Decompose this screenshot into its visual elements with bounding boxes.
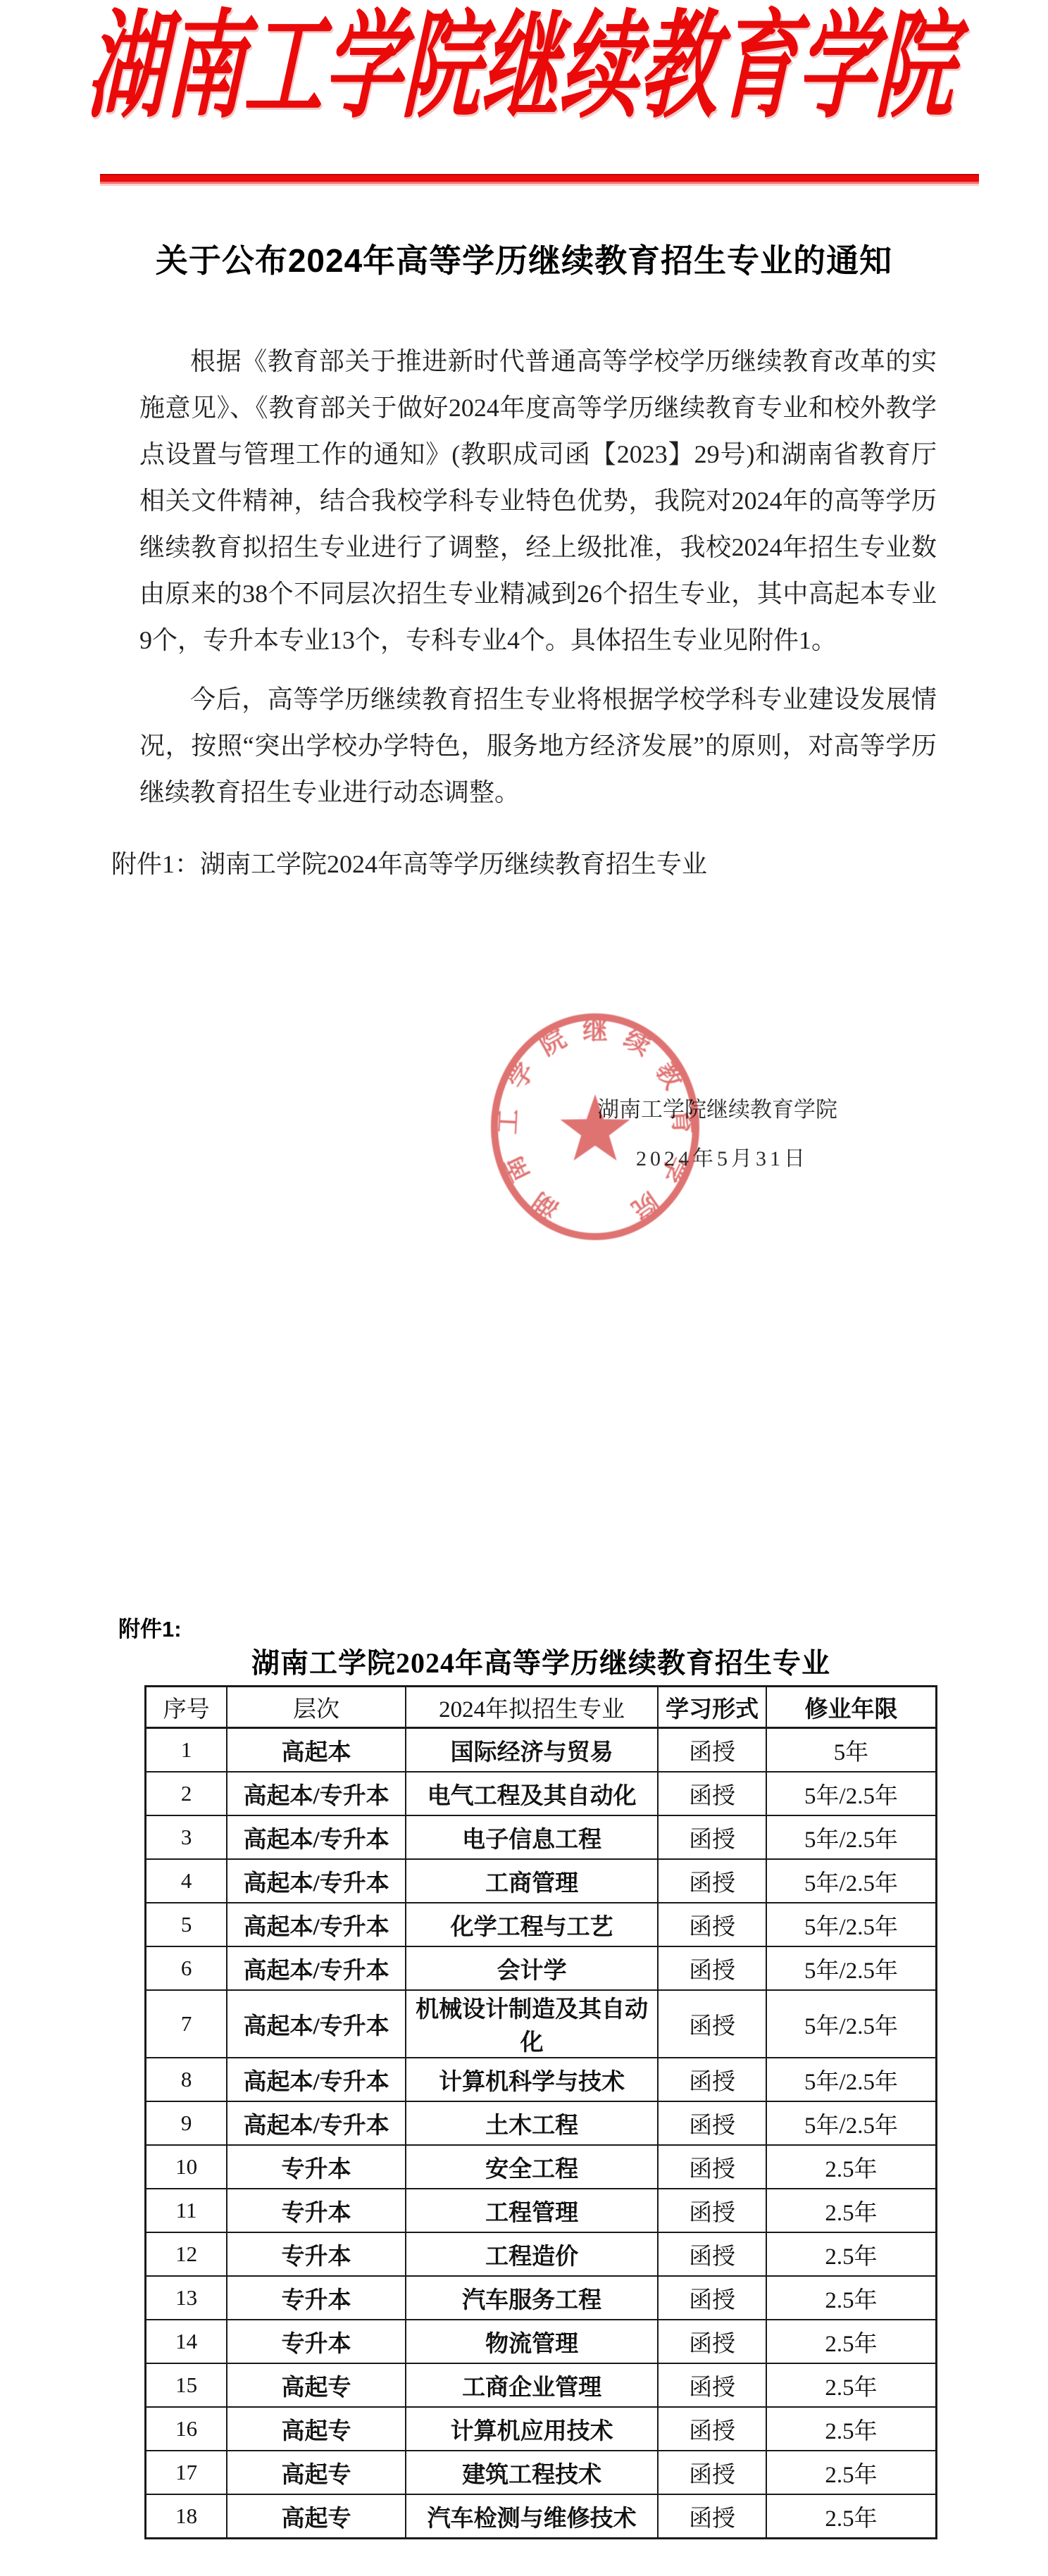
table-cell: 函授 bbox=[658, 2407, 766, 2451]
table-cell: 计算机科学与技术 bbox=[406, 2058, 658, 2101]
attachment-reference-line: 附件1：湖南工学院2024年高等学历继续教育招生专业 bbox=[111, 841, 940, 887]
table-cell: 5年/2.5年 bbox=[766, 1859, 936, 1903]
table-cell: 函授 bbox=[658, 2101, 766, 2145]
table-cell: 函授 bbox=[658, 1772, 766, 1815]
table-cell: 5 bbox=[146, 1903, 227, 1946]
table-cell: 专升本 bbox=[227, 2232, 406, 2276]
table-cell: 2.5年 bbox=[766, 2189, 936, 2232]
table-row: 14专升本物流管理函授2.5年 bbox=[146, 2320, 937, 2363]
paragraph-1: 根据《教育部关于推进新时代普通高等学校学历继续教育改革的实施意见》、《教育部关于… bbox=[111, 338, 940, 663]
table-cell: 高起专 bbox=[227, 2363, 406, 2407]
table-cell: 2.5年 bbox=[766, 2276, 936, 2320]
table-cell: 函授 bbox=[658, 2232, 766, 2276]
attachment-label: 附件1: bbox=[118, 1611, 182, 1643]
table-cell: 高起本/专升本 bbox=[227, 2058, 406, 2101]
table-row: 2高起本/专升本电气工程及其自动化函授5年/2.5年 bbox=[146, 1772, 937, 1815]
table-cell: 函授 bbox=[658, 2145, 766, 2189]
table-cell: 计算机应用技术 bbox=[406, 2407, 658, 2451]
svg-text:育: 育 bbox=[668, 1108, 697, 1135]
header-major: 2024年拟招生专业 bbox=[406, 1687, 658, 1728]
table-cell: 高起本/专升本 bbox=[227, 1903, 406, 1946]
table-cell: 机械设计制造及其自动化 bbox=[406, 1990, 658, 2058]
table-cell: 14 bbox=[146, 2320, 227, 2363]
table-cell: 13 bbox=[146, 2276, 227, 2320]
table-cell: 汽车服务工程 bbox=[406, 2276, 658, 2320]
table-cell: 电子信息工程 bbox=[406, 1815, 658, 1859]
table-cell: 函授 bbox=[658, 2320, 766, 2363]
svg-text:院: 院 bbox=[535, 1024, 571, 1061]
table-row: 13专升本汽车服务工程函授2.5年 bbox=[146, 2276, 937, 2320]
body-text: 根据《教育部关于推进新时代普通高等学校学历继续教育改革的实施意见》、《教育部关于… bbox=[111, 338, 940, 887]
table-cell: 函授 bbox=[658, 1728, 766, 1772]
table-cell: 函授 bbox=[658, 2494, 766, 2539]
table-cell: 专升本 bbox=[227, 2276, 406, 2320]
table-cell: 电气工程及其自动化 bbox=[406, 1772, 658, 1815]
table-cell: 5年/2.5年 bbox=[766, 2101, 936, 2145]
table-cell: 3 bbox=[146, 1815, 227, 1859]
table-cell: 物流管理 bbox=[406, 2320, 658, 2363]
table-cell: 高起本/专升本 bbox=[227, 1772, 406, 1815]
table-header-row: 序号 层次 2024年拟招生专业 学习形式 修业年限 bbox=[146, 1687, 937, 1728]
header-study-form: 学习形式 bbox=[658, 1687, 766, 1728]
table-cell: 函授 bbox=[658, 1990, 766, 2058]
table-cell: 专升本 bbox=[227, 2145, 406, 2189]
table-cell: 函授 bbox=[658, 2058, 766, 2101]
table-cell: 工程造价 bbox=[406, 2232, 658, 2276]
table-cell: 2.5年 bbox=[766, 2494, 936, 2539]
table-cell: 2 bbox=[146, 1772, 227, 1815]
table-cell: 7 bbox=[146, 1990, 227, 2058]
table-cell: 安全工程 bbox=[406, 2145, 658, 2189]
table-cell: 10 bbox=[146, 2145, 227, 2189]
table-row: 4高起本/专升本工商管理函授5年/2.5年 bbox=[146, 1859, 937, 1903]
svg-text:院: 院 bbox=[627, 1187, 663, 1224]
table-row: 18高起专汽车检测与维修技术函授2.5年 bbox=[146, 2494, 937, 2539]
table-cell: 8 bbox=[146, 2058, 227, 2101]
table-row: 10专升本安全工程函授2.5年 bbox=[146, 2145, 937, 2189]
table-cell: 国际经济与贸易 bbox=[406, 1728, 658, 1772]
table-row: 11专升本工程管理函授2.5年 bbox=[146, 2189, 937, 2232]
table-cell: 高起专 bbox=[227, 2494, 406, 2539]
table-row: 9高起本/专升本土木工程函授5年/2.5年 bbox=[146, 2101, 937, 2145]
table-row: 15高起专工商企业管理函授2.5年 bbox=[146, 2363, 937, 2407]
table-cell: 9 bbox=[146, 2101, 227, 2145]
table-cell: 函授 bbox=[658, 1859, 766, 1903]
table-cell: 函授 bbox=[658, 1903, 766, 1946]
table-cell: 汽车检测与维修技术 bbox=[406, 2494, 658, 2539]
table-cell: 5年/2.5年 bbox=[766, 1772, 936, 1815]
table-cell: 高起本/专升本 bbox=[227, 1859, 406, 1903]
table-cell: 函授 bbox=[658, 2189, 766, 2232]
table-cell: 5年 bbox=[766, 1728, 936, 1772]
table-cell: 18 bbox=[146, 2494, 227, 2539]
svg-text:继: 继 bbox=[582, 1016, 608, 1044]
table-cell: 5年/2.5年 bbox=[766, 1815, 936, 1859]
header-duration: 修业年限 bbox=[766, 1687, 936, 1728]
table-cell: 工商企业管理 bbox=[406, 2363, 658, 2407]
table-cell: 函授 bbox=[658, 1815, 766, 1859]
svg-text:工: 工 bbox=[494, 1108, 523, 1135]
table-cell: 2.5年 bbox=[766, 2363, 936, 2407]
table-cell: 1 bbox=[146, 1728, 227, 1772]
masthead-title: 湖南工学院继续教育学院 bbox=[0, 8, 1048, 125]
table-cell: 6 bbox=[146, 1946, 227, 1990]
table-row: 17高起专建筑工程技术函授2.5年 bbox=[146, 2451, 937, 2494]
notice-document: 湖南工学院继续教育学院 关于公布2024年高等学历继续教育招生专业的通知 根据《… bbox=[0, 0, 1048, 2576]
table-cell: 函授 bbox=[658, 2451, 766, 2494]
svg-text:湖: 湖 bbox=[527, 1187, 563, 1224]
table-cell: 函授 bbox=[658, 2276, 766, 2320]
table-cell: 15 bbox=[146, 2363, 227, 2407]
table-cell: 5年/2.5年 bbox=[766, 1903, 936, 1946]
svg-text:学: 学 bbox=[503, 1058, 540, 1094]
majors-table: 序号 层次 2024年拟招生专业 学习形式 修业年限 1高起本国际经济与贸易函授… bbox=[144, 1685, 937, 2539]
table-cell: 高起本/专升本 bbox=[227, 1946, 406, 1990]
table-cell: 高起专 bbox=[227, 2407, 406, 2451]
table-row: 7高起本/专升本机械设计制造及其自动化函授5年/2.5年 bbox=[146, 1990, 937, 2058]
table-cell: 高起专 bbox=[227, 2451, 406, 2494]
table-row: 6高起本/专升本会计学函授5年/2.5年 bbox=[146, 1946, 937, 1990]
table-cell: 2.5年 bbox=[766, 2145, 936, 2189]
table-cell: 函授 bbox=[658, 2363, 766, 2407]
header-level: 层次 bbox=[227, 1687, 406, 1728]
document-title: 关于公布2024年高等学历继续教育招生专业的通知 bbox=[0, 235, 1048, 282]
table-cell: 高起本/专升本 bbox=[227, 1815, 406, 1859]
table-row: 1高起本国际经济与贸易函授5年 bbox=[146, 1728, 937, 1772]
table-row: 16高起专计算机应用技术函授2.5年 bbox=[146, 2407, 937, 2451]
table-cell: 高起本/专升本 bbox=[227, 1990, 406, 2058]
table-cell: 12 bbox=[146, 2232, 227, 2276]
table-row: 12专升本工程造价函授2.5年 bbox=[146, 2232, 937, 2276]
table-cell: 化学工程与工艺 bbox=[406, 1903, 658, 1946]
table-cell: 5年/2.5年 bbox=[766, 2058, 936, 2101]
table-cell: 2.5年 bbox=[766, 2407, 936, 2451]
table-cell: 专升本 bbox=[227, 2189, 406, 2232]
header-index: 序号 bbox=[146, 1687, 227, 1728]
table-row: 3高起本/专升本电子信息工程函授5年/2.5年 bbox=[146, 1815, 937, 1859]
table-cell: 5年/2.5年 bbox=[766, 1990, 936, 2058]
table-cell: 16 bbox=[146, 2407, 227, 2451]
table-row: 5高起本/专升本化学工程与工艺函授5年/2.5年 bbox=[146, 1903, 937, 1946]
svg-text:续: 续 bbox=[620, 1024, 656, 1061]
table-cell: 17 bbox=[146, 2451, 227, 2494]
table-cell: 函授 bbox=[658, 1946, 766, 1990]
official-seal-stamp-icon: 湖南工学院继续教育学院 bbox=[488, 1012, 702, 1242]
svg-text:教: 教 bbox=[650, 1058, 688, 1095]
table-cell: 2.5年 bbox=[766, 2451, 936, 2494]
table-cell: 2.5年 bbox=[766, 2320, 936, 2363]
table-title: 湖南工学院2024年高等学历继续教育招生专业 bbox=[144, 1641, 937, 1681]
table-cell: 高起本/专升本 bbox=[227, 2101, 406, 2145]
table-cell: 工程管理 bbox=[406, 2189, 658, 2232]
red-divider-rule bbox=[100, 174, 979, 186]
table-cell: 5年/2.5年 bbox=[766, 1946, 936, 1990]
table-cell: 11 bbox=[146, 2189, 227, 2232]
table-cell: 建筑工程技术 bbox=[406, 2451, 658, 2494]
table-cell: 土木工程 bbox=[406, 2101, 658, 2145]
table-cell: 工商管理 bbox=[406, 1859, 658, 1903]
table-cell: 专升本 bbox=[227, 2320, 406, 2363]
table-row: 8高起本/专升本计算机科学与技术函授5年/2.5年 bbox=[146, 2058, 937, 2101]
table-cell: 2.5年 bbox=[766, 2232, 936, 2276]
table-cell: 会计学 bbox=[406, 1946, 658, 1990]
table-cell: 高起本 bbox=[227, 1728, 406, 1772]
paragraph-2: 今后，高等学历继续教育招生专业将根据学校学科专业建设发展情况，按照“突出学校办学… bbox=[111, 676, 940, 815]
table-cell: 4 bbox=[146, 1859, 227, 1903]
